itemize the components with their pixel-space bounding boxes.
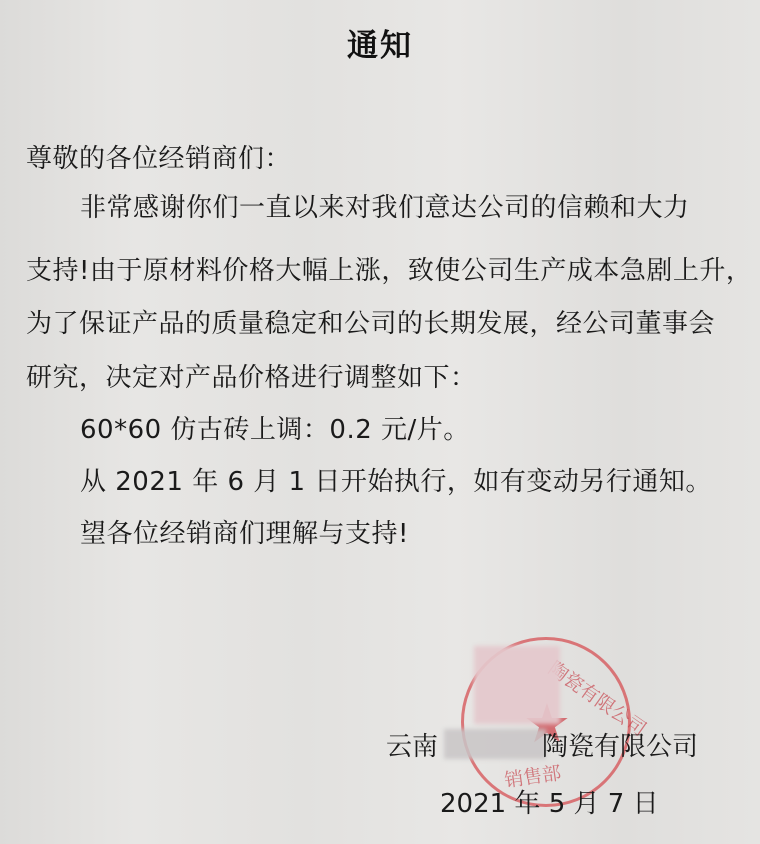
seal-redaction <box>474 646 560 724</box>
paragraph-line-2: 支持!由于原材料价格大幅上涨，致使公司生产成本急剧上升， <box>26 250 752 287</box>
document-title: 通知 <box>0 20 760 65</box>
company-name-redacted <box>438 731 542 755</box>
signature-date: 2021 年 5 月 7 日 <box>440 783 659 820</box>
closing-line: 望各位经销商们理解与支持! <box>80 513 409 550</box>
notice-document: 通知 尊敬的各位经销商们： 非常感谢你们一直以来对我们意达公司的信赖和大力 支持… <box>0 0 760 844</box>
signature-company: 云南陶瓷有限公司 <box>386 726 698 763</box>
company-prefix: 云南 <box>386 732 438 762</box>
paragraph-line-3: 为了保证产品的质量稳定和公司的长期发展，经公司董事会 <box>26 303 715 340</box>
price-adjustment: 60*60 仿古砖上调：0.2 元/片。 <box>80 409 470 446</box>
effective-date-note: 从 2021 年 6 月 1 日开始执行，如有变动另行通知。 <box>80 461 712 498</box>
salutation: 尊敬的各位经销商们： <box>26 138 291 175</box>
company-suffix: 陶瓷有限公司 <box>542 732 698 762</box>
paragraph-line-1: 非常感谢你们一直以来对我们意达公司的信赖和大力 <box>80 187 690 224</box>
paragraph-line-4: 研究，决定对产品价格进行调整如下： <box>26 357 477 394</box>
